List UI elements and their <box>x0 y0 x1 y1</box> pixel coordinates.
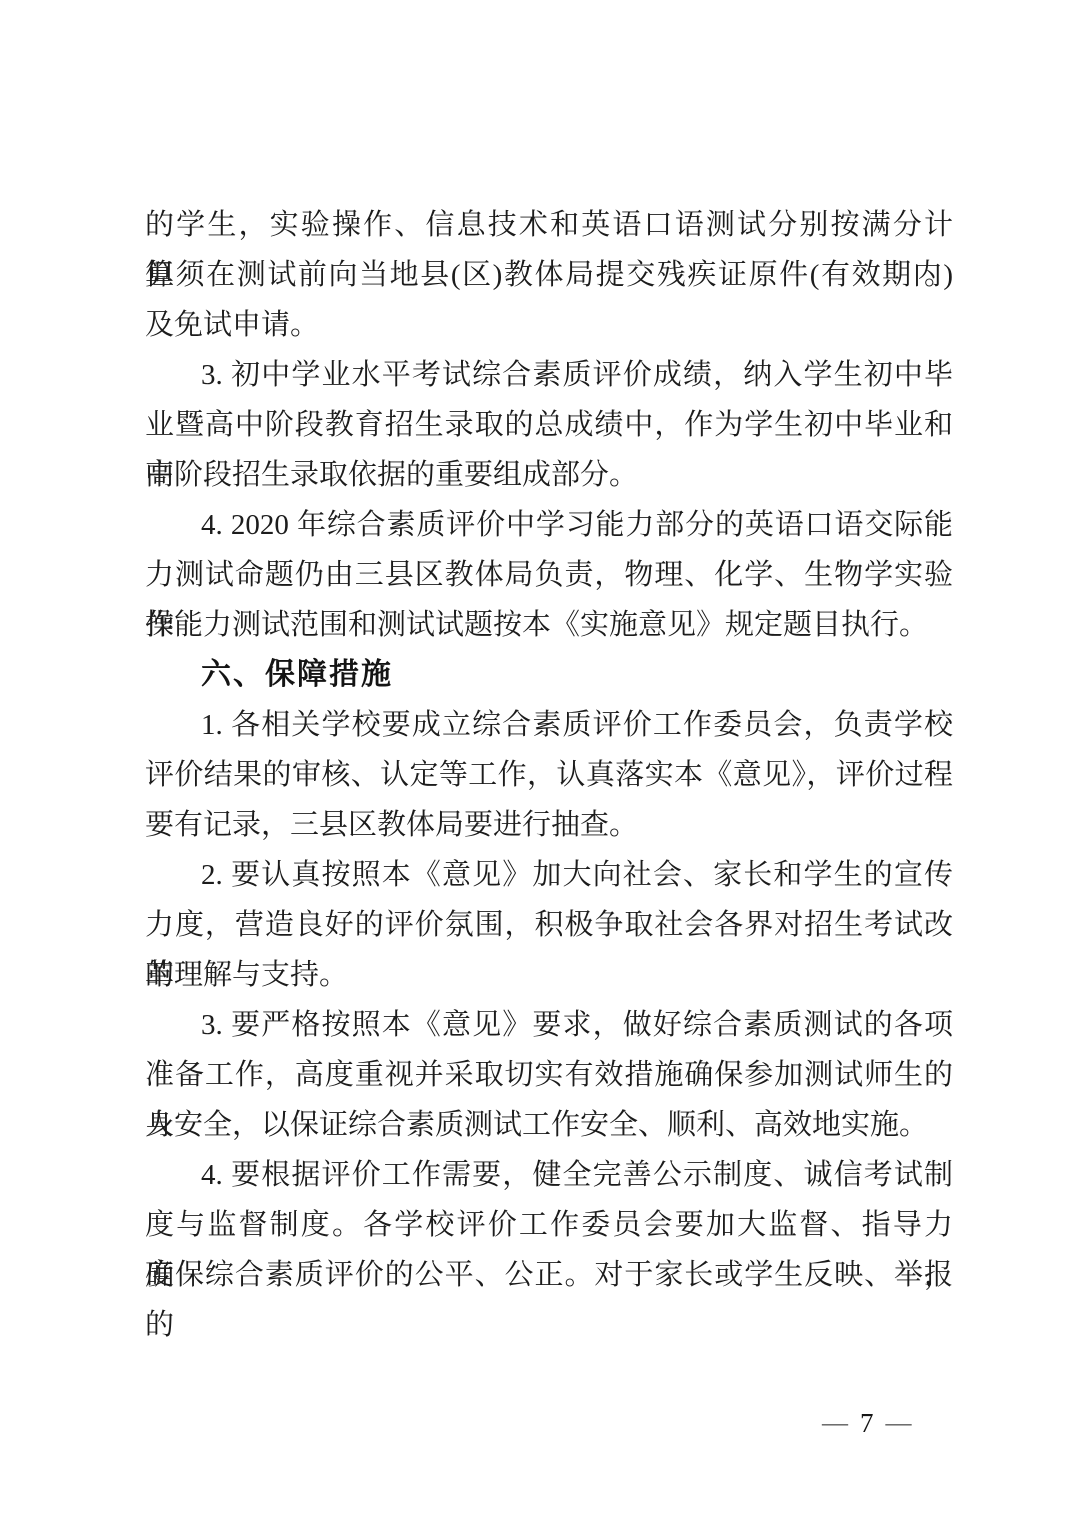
text-line-19: 身安全，以保证综合素质测试工作安全、顺利、高效地实施。 <box>145 1100 953 1150</box>
text-line-07: 4. 2020 年综合素质评价中学习能力部分的英语口语交际能 <box>145 500 953 550</box>
footer-dash-right: — <box>886 1410 912 1436</box>
footer-dash-left: — <box>822 1410 848 1436</box>
text-line-01: 的学生，实验操作、信息技术和英语口语测试分别按满分计算。 <box>145 200 953 250</box>
page-number: 7 <box>860 1410 874 1437</box>
text-line-14: 2. 要认真按照本《意见》加大向社会、家长和学生的宣传 <box>145 850 953 900</box>
text-line-15: 力度，营造良好的评价氛围，积极争取社会各界对招生考试改革 <box>145 900 953 950</box>
text-line-05: 业暨高中阶段教育招生录取的总成绩中，作为学生初中毕业和高 <box>145 400 953 450</box>
page-footer: — 7 — <box>822 1406 912 1440</box>
text-line-13: 要有记录，三县区教体局要进行抽查。 <box>145 800 953 850</box>
text-line-12: 评价结果的审核、认定等工作，认真落实本《意见》，评价过程 <box>145 750 953 800</box>
text-line-16: 的理解与支持。 <box>145 950 953 1000</box>
text-line-18: 准备工作，高度重视并采取切实有效措施确保参加测试师生的人 <box>145 1050 953 1100</box>
section-heading: 六、保障措施 <box>145 650 953 700</box>
text-line-08: 力测试命题仍由三县区教体局负责，物理、化学、生物学实验操 <box>145 550 953 600</box>
text-line-20: 4. 要根据评价工作需要，健全完善公示制度、诚信考试制 <box>145 1150 953 1200</box>
text-line-03: 及免试申请。 <box>145 300 953 350</box>
text-line-04: 3. 初中学业水平考试综合素质评价成绩，纳入学生初中毕 <box>145 350 953 400</box>
document-page: 的学生，实验操作、信息技术和英语口语测试分别按满分计算。 但须在测试前向当地县(… <box>0 0 1074 1520</box>
text-line-02: 但须在测试前向当地县(区)教体局提交残疾证原件(有效期内) <box>145 250 953 300</box>
text-line-17: 3. 要严格按照本《意见》要求，做好综合素质测试的各项 <box>145 1000 953 1050</box>
text-line-11: 1. 各相关学校要成立综合素质评价工作委员会，负责学校 <box>145 700 953 750</box>
document-body: 的学生，实验操作、信息技术和英语口语测试分别按满分计算。 但须在测试前向当地县(… <box>145 200 953 1300</box>
text-line-22: 确保综合素质评价的公平、公正。对于家长或学生反映、举报的 <box>145 1250 953 1300</box>
text-line-21: 度与监督制度。各学校评价工作委员会要加大监督、指导力度， <box>145 1200 953 1250</box>
text-line-06: 中阶段招生录取依据的重要组成部分。 <box>145 450 953 500</box>
text-line-09: 作能力测试范围和测试试题按本《实施意见》规定题目执行。 <box>145 600 953 650</box>
